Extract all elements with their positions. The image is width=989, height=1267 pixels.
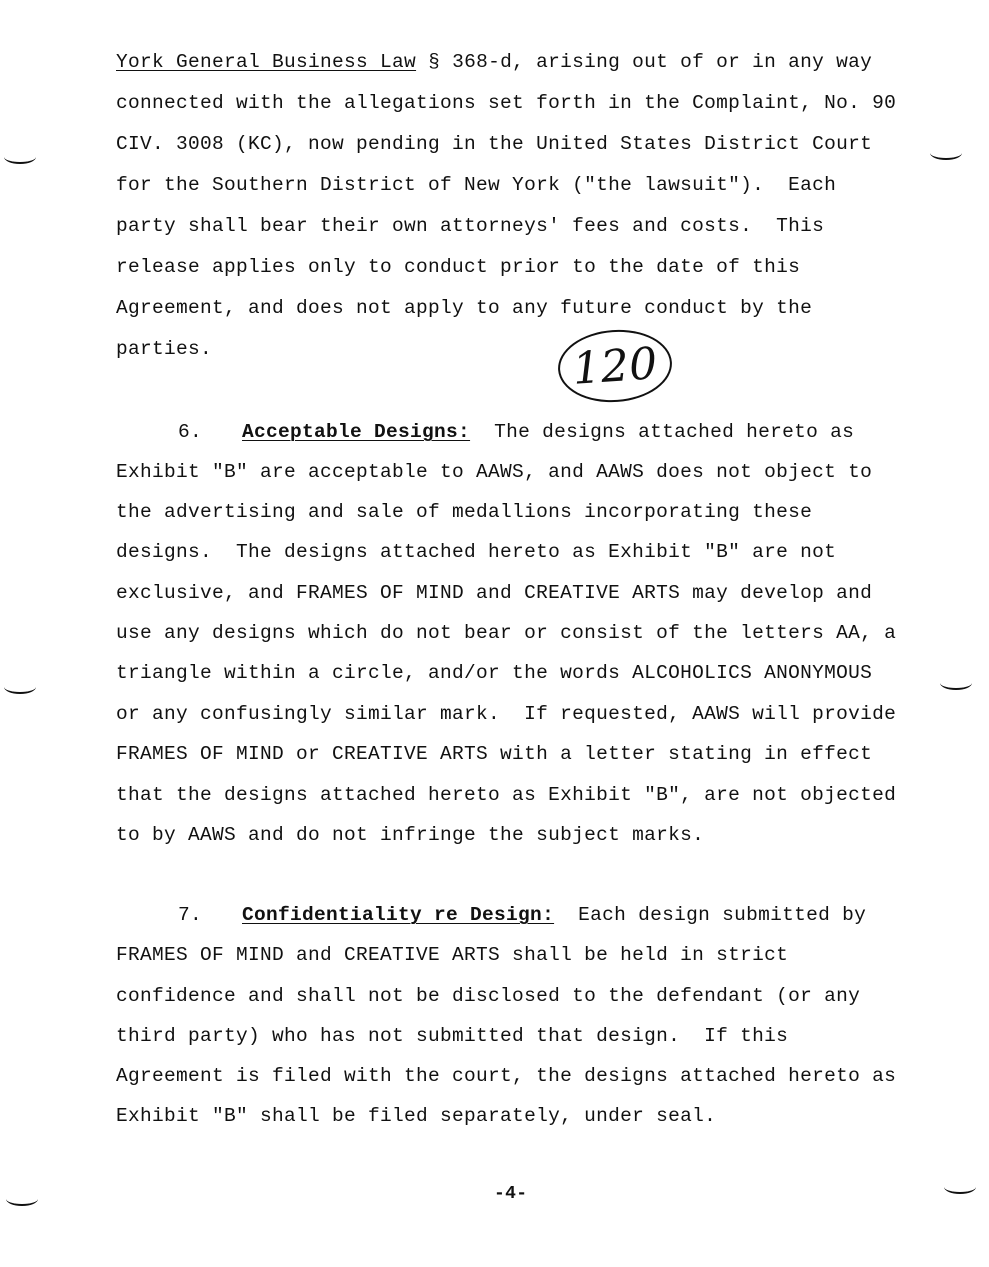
section-7-line: Exhibit "B" shall be filed separately, u…	[116, 1104, 716, 1128]
margin-mark	[4, 680, 36, 694]
section-7-line: Agreement is filed with the court, the d…	[116, 1064, 896, 1088]
section-7-heading: Confidentiality re Design:	[242, 904, 554, 926]
section-6-line: FRAMES OF MIND or CREATIVE ARTS with a l…	[116, 742, 872, 766]
intro-line-7: Agreement, and does not apply to any fut…	[116, 296, 812, 320]
intro-line-6: release applies only to conduct prior to…	[116, 255, 800, 279]
document-page: York General Business Law § 368-d, arisi…	[0, 0, 989, 1267]
section-6-line: use any designs which do not bear or con…	[116, 621, 896, 645]
intro-line-5: party shall bear their own attorneys' fe…	[116, 214, 824, 238]
section-6-line: that the designs attached hereto as Exhi…	[116, 783, 896, 807]
section-6-line: Exhibit "B" are acceptable to AAWS, and …	[116, 460, 872, 484]
section-6-number: 6.	[178, 421, 202, 443]
section-7-line: FRAMES OF MIND and CREATIVE ARTS shall b…	[116, 943, 788, 967]
intro-line-3: CIV. 3008 (KC), now pending in the Unite…	[116, 132, 872, 156]
section-6-line: to by AAWS and do not infringe the subje…	[116, 823, 704, 847]
handwritten-page-annotation: 120	[556, 326, 675, 406]
statute-reference: York General Business Law	[116, 51, 416, 73]
margin-mark	[930, 146, 962, 160]
intro-line-8: parties.	[116, 337, 212, 361]
margin-mark	[4, 150, 36, 164]
margin-mark	[944, 1180, 976, 1194]
page-number: -4-	[494, 1184, 527, 1204]
section-6-line: or any confusingly similar mark. If requ…	[116, 702, 896, 726]
intro-line-4: for the Southern District of New York ("…	[116, 173, 836, 197]
intro-line-1: York General Business Law § 368-d, arisi…	[116, 50, 872, 74]
section-7-number: 7.	[178, 904, 202, 926]
section-6-line: designs. The designs attached hereto as …	[116, 540, 836, 564]
intro-line-2: connected with the allegations set forth…	[116, 91, 896, 115]
section-6-line: triangle within a circle, and/or the wor…	[116, 661, 872, 685]
section-6-heading-line: 6.Acceptable Designs: The designs attach…	[178, 420, 854, 444]
section-7-line: confidence and shall not be disclosed to…	[116, 984, 860, 1008]
section-6-heading: Acceptable Designs:	[242, 421, 470, 443]
margin-mark	[6, 1192, 38, 1206]
section-6-line: the advertising and sale of medallions i…	[116, 500, 812, 524]
section-6-line: exclusive, and FRAMES OF MIND and CREATI…	[116, 581, 872, 605]
section-7-heading-line: 7.Confidentiality re Design: Each design…	[178, 903, 866, 927]
margin-mark	[940, 676, 972, 690]
section-7-line: third party) who has not submitted that …	[116, 1024, 788, 1048]
